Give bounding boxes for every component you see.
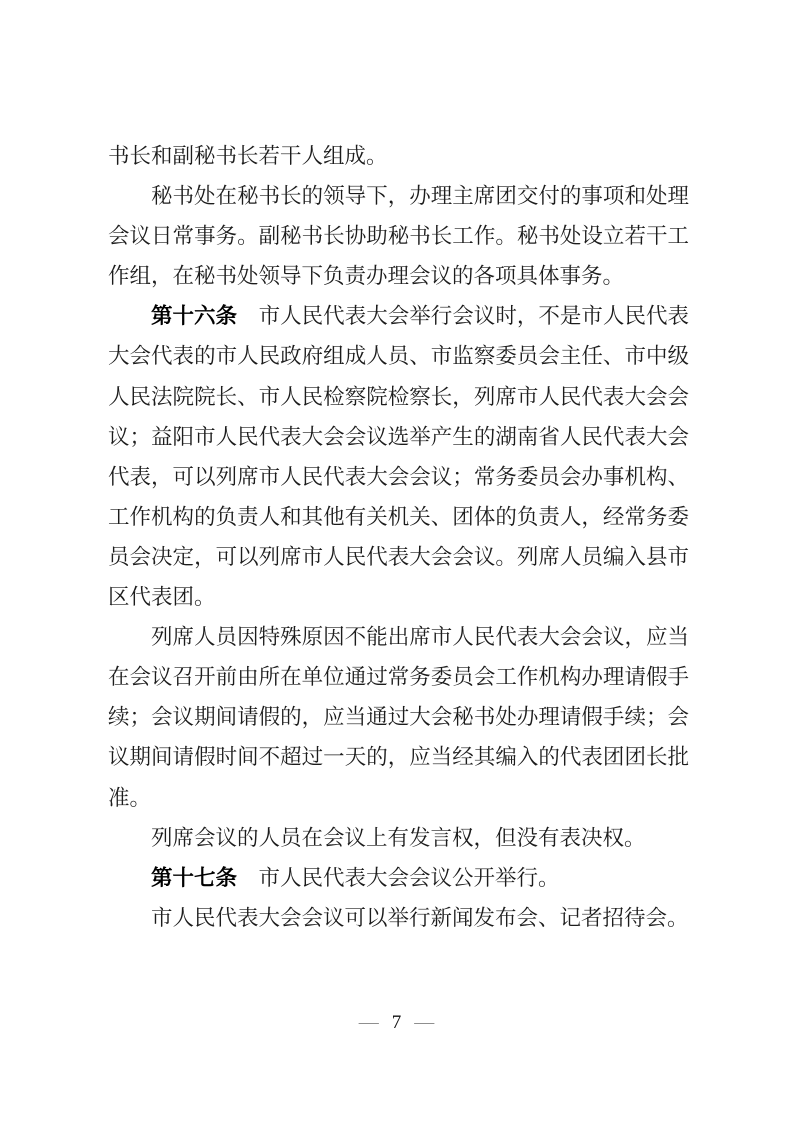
text-line: 区代表团。 (108, 577, 689, 617)
text-line: 会议日常事务。副秘书长协助秘书长工作。秘书处设立若干工 (108, 216, 689, 256)
line-text: 议；益阳市人民代表大会会议选举产生的湖南省人民代表大会 (108, 425, 689, 449)
footer-dash-right: — (414, 1011, 434, 1033)
line-text: 代表，可以列席市人民代表大会会议；常务委员会办事机构、 (108, 465, 689, 489)
line-text: 会议日常事务。副秘书长协助秘书长工作。秘书处设立若干工 (108, 224, 689, 248)
text-line: 在会议召开前由所在单位通过常务委员会工作机构办理请假手 (108, 657, 689, 697)
line-text: 员会决定，可以列席市人民代表大会会议。列席人员编入县市 (108, 545, 689, 569)
text-line: 秘书处在秘书长的领导下，办理主席团交付的事项和处理 (108, 176, 689, 216)
text-line: 第十六条 市人民代表大会举行会议时，不是市人民代表 (108, 296, 689, 336)
text-line: 准。 (108, 778, 689, 818)
text-line: 议；益阳市人民代表大会会议选举产生的湖南省人民代表大会 (108, 417, 689, 457)
line-text: 列席会议的人员在会议上有发言权，但没有表决权。 (151, 826, 646, 850)
text-line: 市人民代表大会会议可以举行新闻发布会、记者招待会。 (108, 898, 689, 938)
line-text: 在会议召开前由所在单位通过常务委员会工作机构办理请假手 (108, 665, 689, 689)
text-line: 续；会议期间请假的，应当通过大会秘书处办理请假手续；会 (108, 697, 689, 737)
text-line: 员会决定，可以列席市人民代表大会会议。列席人员编入县市 (108, 537, 689, 577)
document-page: 书长和副秘书长若干人组成。 秘书处在秘书长的领导下，办理主席团交付的事项和处理 … (0, 0, 793, 1122)
line-text: 大会代表的市人民政府组成人员、市监察委员会主任、市中级 (108, 344, 689, 368)
text-line: 第十七条 市人民代表大会会议公开举行。 (108, 858, 689, 898)
text-line: 人民法院院长、市人民检察院检察长，列席市人民代表大会会 (108, 377, 689, 417)
line-text: 区代表团。 (108, 585, 216, 609)
line-text: 准。 (108, 786, 151, 810)
text-line: 作组，在秘书处领导下负责办理会议的各项具体事务。 (108, 256, 689, 296)
text-line: 列席会议的人员在会议上有发言权，但没有表决权。 (108, 818, 689, 858)
line-text: 市人民代表大会会议公开举行。 (237, 866, 560, 890)
line-text: 市人民代表大会会议可以举行新闻发布会、记者招待会。 (151, 906, 689, 930)
document-body: 书长和副秘书长若干人组成。 秘书处在秘书长的领导下，办理主席团交付的事项和处理 … (108, 136, 689, 938)
line-text: 人民法院院长、市人民检察院检察长，列席市人民代表大会会 (108, 385, 689, 409)
article-number: 第十七条 (151, 866, 237, 890)
text-line: 代表，可以列席市人民代表大会会议；常务委员会办事机构、 (108, 457, 689, 497)
line-text: 列席人员因特殊原因不能出席市人民代表大会会议，应当 (151, 625, 689, 649)
article-number: 第十六条 (151, 304, 237, 328)
text-line: 大会代表的市人民政府组成人员、市监察委员会主任、市中级 (108, 336, 689, 376)
footer-dash-left: — (359, 1011, 379, 1033)
line-text: 议期间请假时间不超过一天的，应当经其编入的代表团团长批 (108, 745, 689, 769)
text-line: 列席人员因特殊原因不能出席市人民代表大会会议，应当 (108, 617, 689, 657)
line-text: 书长和副秘书长若干人组成。 (108, 144, 388, 168)
line-text: 作组，在秘书处领导下负责办理会议的各项具体事务。 (108, 264, 624, 288)
line-text: 工作机构的负责人和其他有关机关、团体的负责人，经常务委 (108, 505, 689, 529)
text-line: 工作机构的负责人和其他有关机关、团体的负责人，经常务委 (108, 497, 689, 537)
text-line: 书长和副秘书长若干人组成。 (108, 136, 689, 176)
page-number: 7 (392, 1012, 402, 1033)
line-text: 续；会议期间请假的，应当通过大会秘书处办理请假手续；会 (108, 705, 689, 729)
line-text: 市人民代表大会举行会议时，不是市人民代表 (237, 304, 689, 328)
page-footer: —7— (0, 1008, 793, 1036)
text-line: 议期间请假时间不超过一天的，应当经其编入的代表团团长批 (108, 737, 689, 777)
line-text: 秘书处在秘书长的领导下，办理主席团交付的事项和处理 (151, 184, 689, 208)
